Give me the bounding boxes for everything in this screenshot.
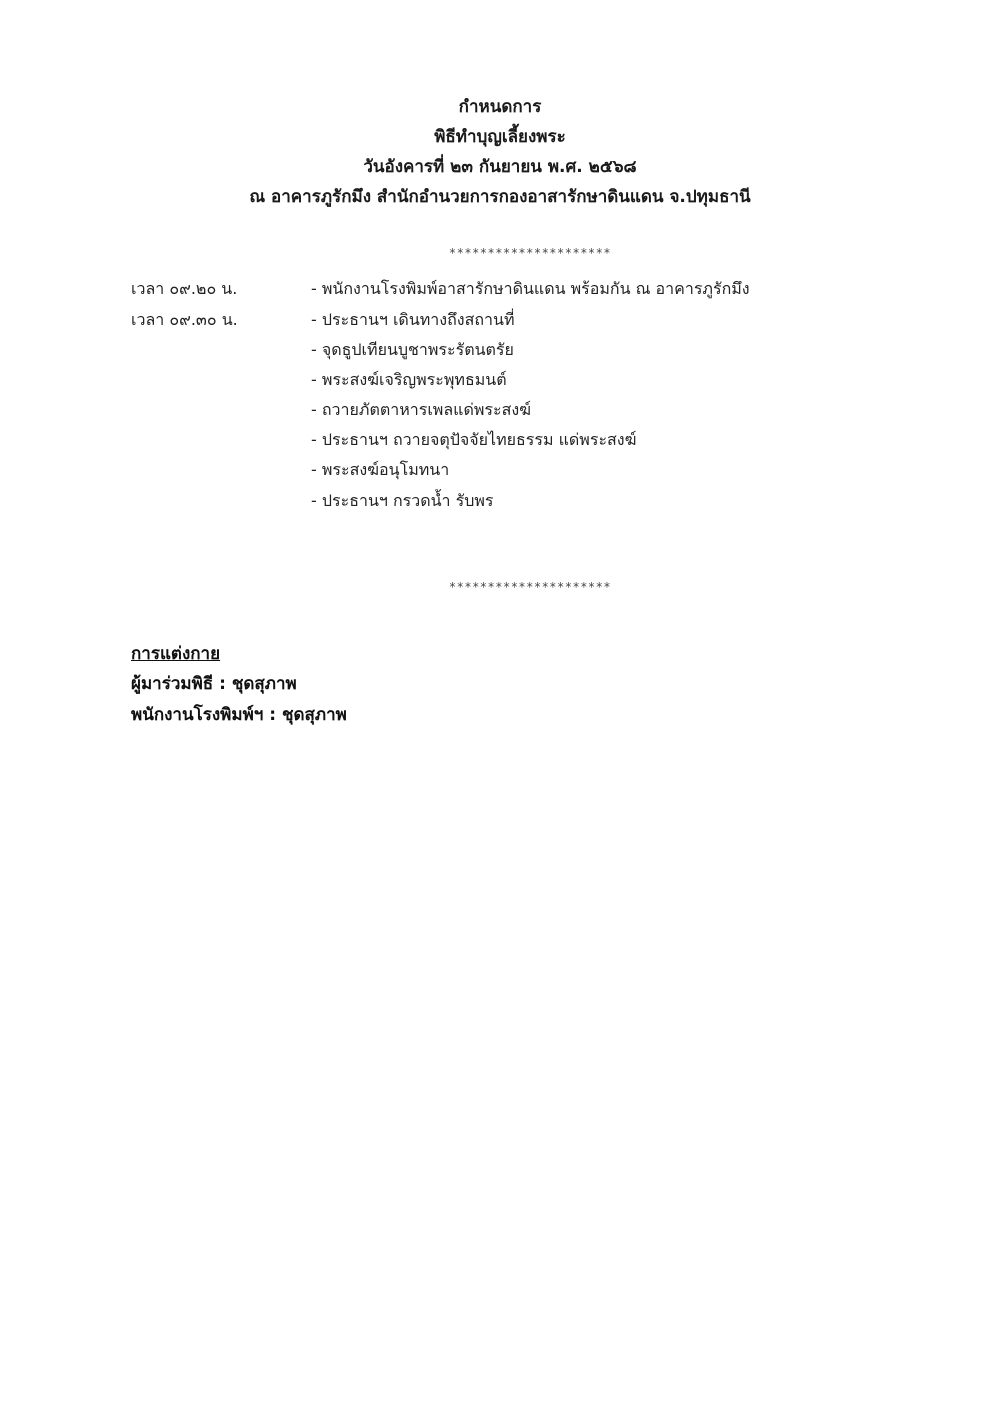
schedule-time: เวลา ๐๙.๒๐ น. <box>131 274 237 304</box>
schedule-time: เวลา ๐๙.๓๐ น. <box>131 305 238 335</box>
schedule-item: - ประธานฯ กรวดน้ำ รับพร <box>311 486 494 516</box>
separator-bottom: ********************* <box>0 580 1000 594</box>
ceremony-name: พิธีทำบุญเลี้ยงพระ <box>0 122 1000 152</box>
document-title: กำหนดการ <box>0 92 1000 122</box>
schedule-item: - พระสงฆ์เจริญพระพุทธมนต์ <box>311 365 507 395</box>
separator-top: ********************* <box>0 246 1000 260</box>
schedule-item: - จุดธูปเทียนบูชาพระรัตนตรัย <box>311 335 514 365</box>
dress-code-attendees: ผู้มาร่วมพิธี : ชุดสุภาพ <box>131 669 297 699</box>
dress-code-staff: พนักงานโรงพิมพ์ฯ : ชุดสุภาพ <box>131 700 347 730</box>
document-header: กำหนดการ พิธีทำบุญเลี้ยงพระ วันอังคารที่… <box>0 92 1000 212</box>
schedule-item: - พนักงานโรงพิมพ์อาสารักษาดินแดน พร้อมกั… <box>311 274 750 304</box>
dress-code-heading: การแต่งกาย <box>131 639 220 669</box>
schedule-item: - ประธานฯ เดินทางถึงสถานที่ <box>311 305 515 335</box>
document-page: กำหนดการ พิธีทำบุญเลี้ยงพระ วันอังคารที่… <box>0 0 1000 1414</box>
schedule-item: - ถวายภัตตาหารเพลแด่พระสงฆ์ <box>311 395 531 425</box>
schedule-item: - ประธานฯ ถวายจตุปัจจัยไทยธรรม แด่พระสงฆ… <box>311 425 636 455</box>
ceremony-date: วันอังคารที่ ๒๓ กันยายน พ.ศ. ๒๕๖๘ <box>0 152 1000 182</box>
schedule-item: - พระสงฆ์อนุโมทนา <box>311 455 449 485</box>
ceremony-venue: ณ อาคารภูรักมึง สำนักอำนวยการกองอาสารักษ… <box>0 182 1000 212</box>
